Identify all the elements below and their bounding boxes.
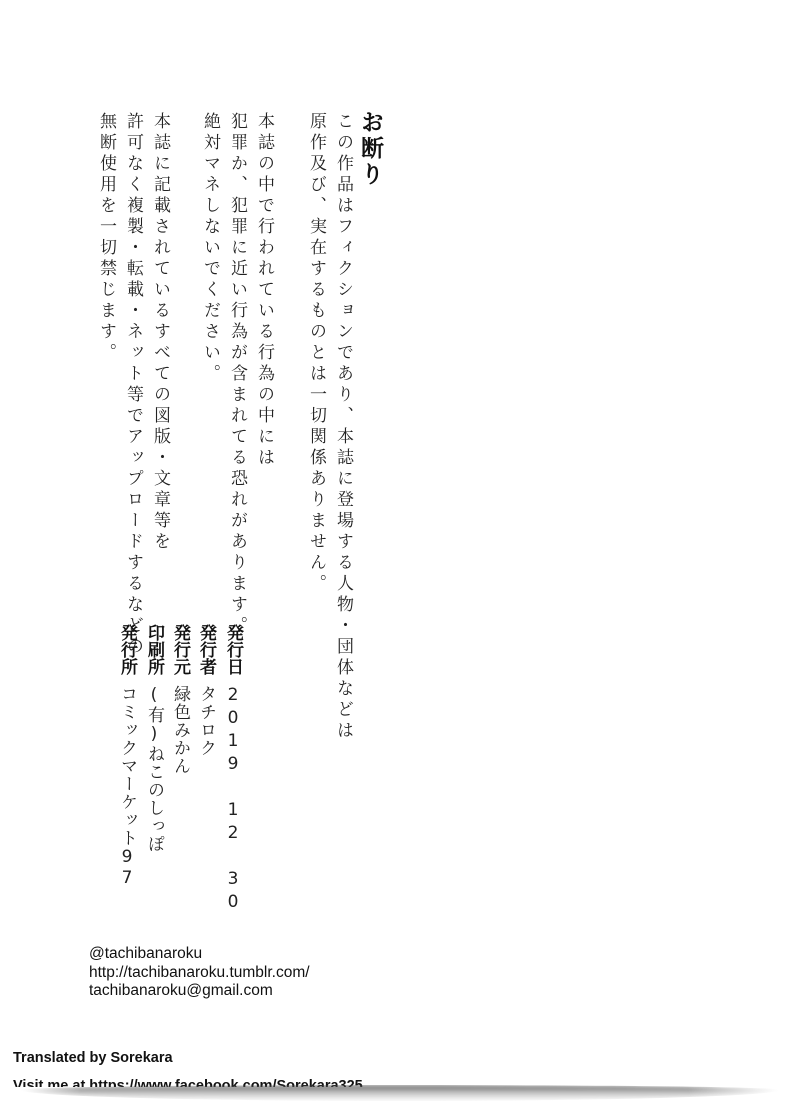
colophon-value-publisher: タチロク <box>197 685 214 757</box>
colophon-value-venue: コミックマーケット97 <box>118 685 135 889</box>
colophon-label-printer: 印刷所 <box>145 624 162 675</box>
contact-url[interactable]: http://tachibanaroku.tumblr.com/ <box>89 964 310 983</box>
contact-block: @tachibanaroku http://tachibanaroku.tumb… <box>89 945 310 1001</box>
colophon-value-printer: (有)ねこのしっぽ <box>145 685 162 853</box>
colophon-label-publisher: 発行者 <box>197 624 214 675</box>
notice-paragraph-1-line-2: 原作及び、実在するものとは一切関係ありません。 <box>307 112 324 595</box>
translator-credit: Translated by Sorekara <box>13 1050 173 1066</box>
contact-email[interactable]: tachibanaroku@gmail.com <box>89 982 310 1001</box>
notice-paragraph-3-line-3: 無断使用を一切禁じます。 <box>97 112 114 364</box>
document-page: お断り この作品はフィクションであり、本誌に登場する人物・団体などは 原作及び、… <box>0 0 790 1107</box>
notice-paragraph-2-line-1: 本誌の中で行われている行為の中には <box>255 112 272 469</box>
notice-paragraph-1-line-1: この作品はフィクションであり、本誌に登場する人物・団体などは <box>334 112 351 742</box>
notice-paragraph-2-line-2: 犯罪か、犯罪に近い行為が含まれてる恐れがあります。 <box>228 112 245 637</box>
notice-title: お断り <box>358 110 381 188</box>
colophon-value-issuer: 緑色みかん <box>171 685 188 775</box>
notice-paragraph-3-line-1: 本誌に記載されているすべての図版・文章等を <box>151 112 168 553</box>
colophon-value-publish-date: 2019 12 30 <box>224 685 241 915</box>
notice-paragraph-3-line-2: 許可なく複製・転載・ネット等でアップロードするなどの <box>124 112 141 658</box>
colophon-label-issuer: 発行元 <box>171 624 188 675</box>
notice-paragraph-2-line-3: 絶対マネしないでください。 <box>201 112 218 385</box>
contact-handle: @tachibanaroku <box>89 945 310 964</box>
colophon-label-venue: 発行所 <box>118 624 135 675</box>
colophon-label-publish-date: 発行日 <box>224 624 241 675</box>
